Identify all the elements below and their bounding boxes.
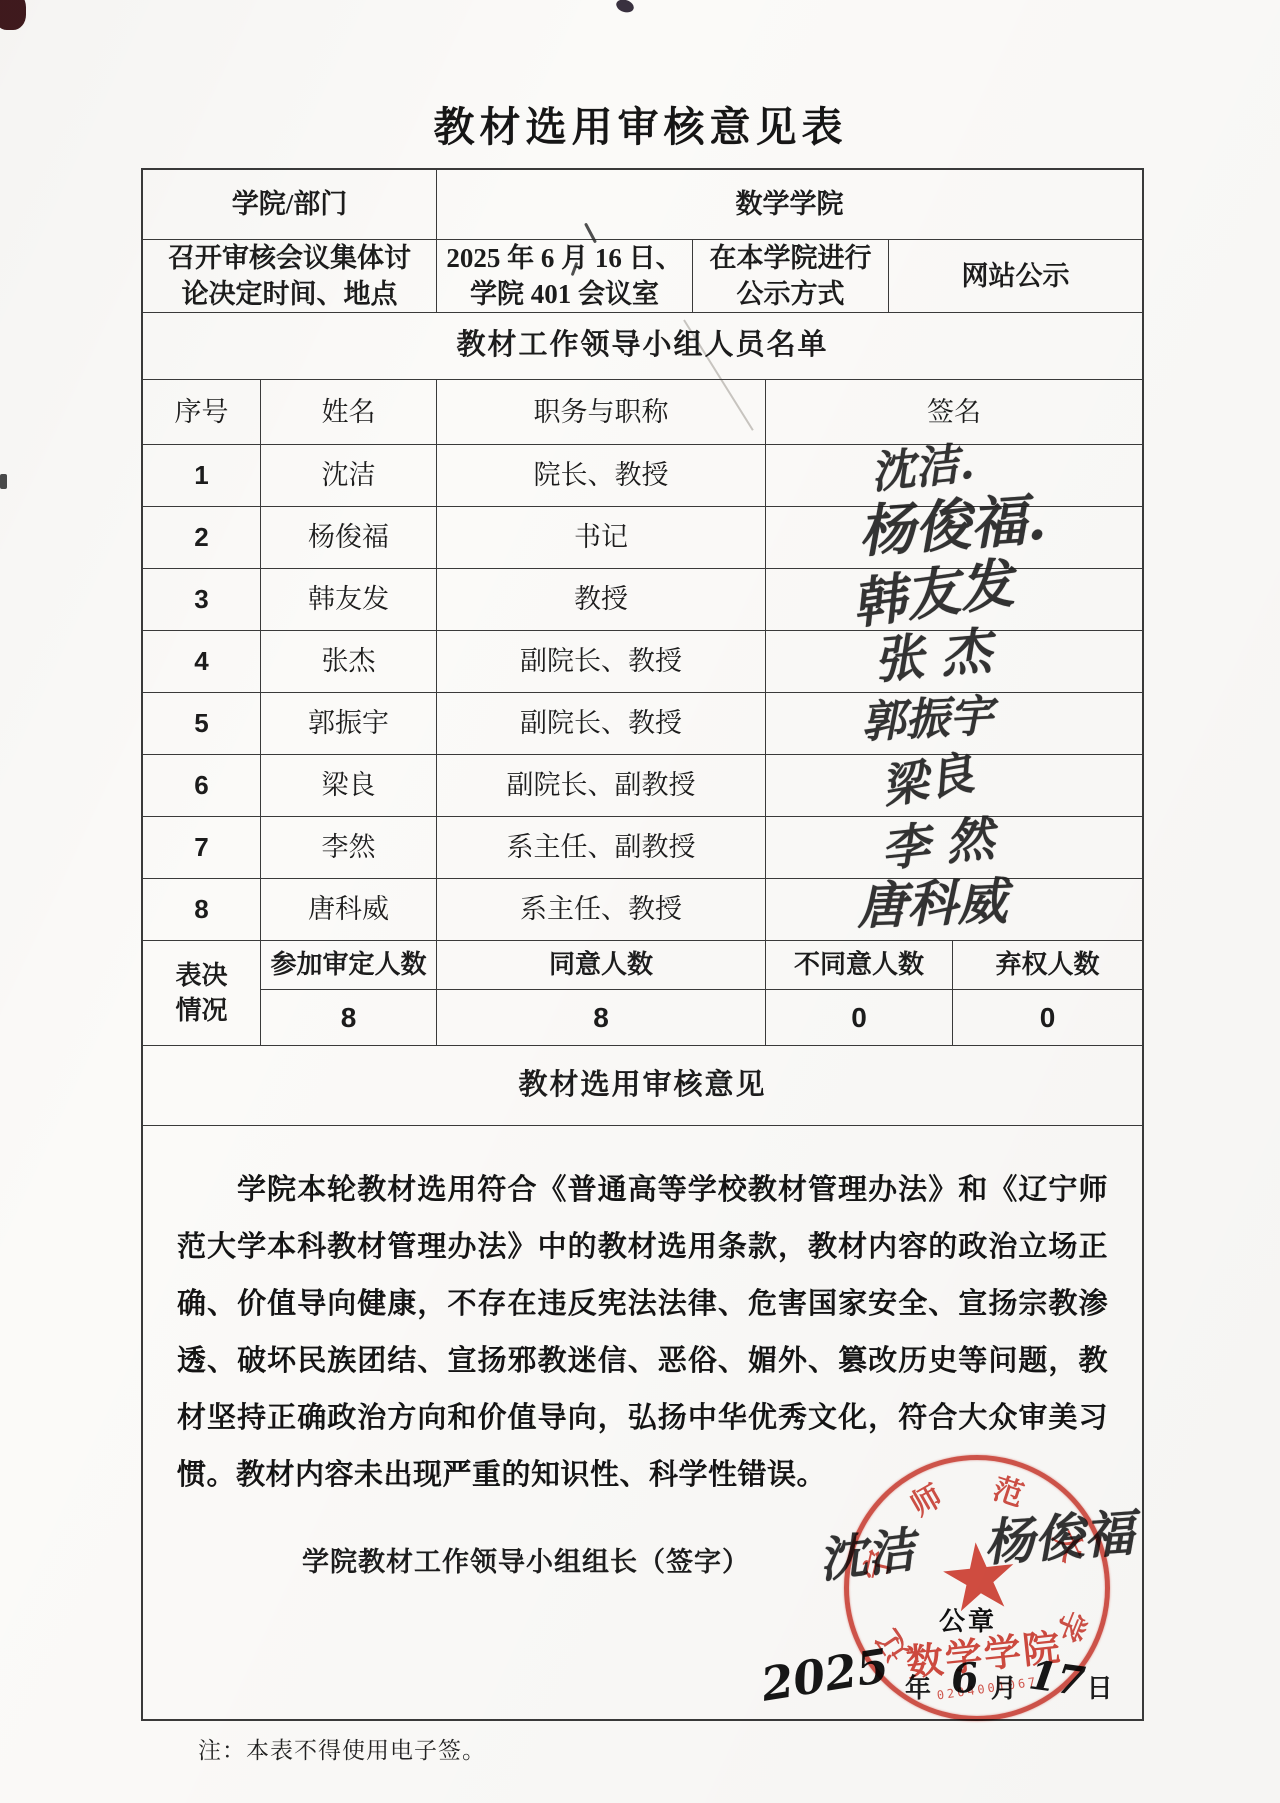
vote-value-abstain: 0 — [952, 989, 1142, 1045]
member-no: 1 — [143, 444, 260, 506]
member-signature-cell — [765, 568, 1142, 630]
publicity-label: 在本学院进行 公示方式 — [692, 239, 888, 312]
member-no: 2 — [143, 506, 260, 568]
member-no: 8 — [143, 878, 260, 940]
footer-note: 注：本表不得使用电子签。 — [198, 1732, 486, 1765]
member-title: 书记 — [436, 506, 765, 568]
scan-artifact — [615, 0, 636, 14]
member-signature-cell — [765, 816, 1142, 878]
member-signature-cell — [765, 506, 1142, 568]
member-signature-cell — [765, 754, 1142, 816]
member-no: 7 — [143, 816, 260, 878]
opinion-section-title: 教材选用审核意见 — [143, 1045, 1142, 1125]
col-header-no: 序号 — [143, 379, 260, 444]
vote-row-label: 表决 情况 — [143, 940, 260, 1045]
meeting-value: 2025 年 6 月 16 日、 学院 401 会议室 — [436, 239, 692, 312]
member-signature-cell — [765, 630, 1142, 692]
member-signature-cell — [765, 444, 1142, 506]
vote-col-abstain: 弃权人数 — [952, 940, 1142, 989]
member-title: 系主任、教授 — [436, 878, 765, 940]
scan-artifact — [0, 0, 26, 30]
department-value: 数学学院 — [436, 170, 1142, 239]
page-title: 教材选用审核意见表 — [141, 94, 1140, 153]
leader-signature: 杨俊福 — [982, 1499, 1136, 1577]
opinion-cell: 学院本轮教材选用符合《普通高等学校教材管理办法》和《辽宁师范大学本科教材管理办法… — [143, 1125, 1142, 1719]
member-signature-cell — [765, 878, 1142, 940]
review-form-table: 学院/部门 数学学院 召开审核会议集体讨 论决定时间、地点 2025 年 6 月… — [141, 168, 1144, 1721]
member-no: 3 — [143, 568, 260, 630]
handwritten-year: 2025 — [757, 1634, 893, 1715]
handwritten-day: 17 — [1025, 1648, 1088, 1709]
department-label: 学院/部门 — [143, 170, 436, 239]
member-name: 李然 — [260, 816, 436, 878]
scan-artifact — [0, 474, 7, 489]
leader-sign-label: 学院教材工作领导小组组长（签字） — [302, 1544, 750, 1580]
col-header-signature: 签名 — [765, 379, 1142, 444]
member-signature-cell — [765, 692, 1142, 754]
vote-value-agree: 8 — [436, 989, 765, 1045]
year-label: 年 — [905, 1671, 931, 1706]
vote-col-disagree: 不同意人数 — [765, 940, 952, 989]
member-no: 4 — [143, 630, 260, 692]
member-title: 副院长、教授 — [436, 630, 765, 692]
col-header-title: 职务与职称 — [436, 379, 765, 444]
publicity-value: 网站公示 — [888, 239, 1142, 312]
scanned-form-page: 教材选用审核意见表 学院/部门 数学学院 召开审核会议集体讨 论决定时间、地点 … — [0, 0, 1280, 1803]
member-title: 教授 — [436, 568, 765, 630]
committee-section-title: 教材工作领导小组人员名单 — [143, 312, 1142, 379]
member-name: 郭振宇 — [260, 692, 436, 754]
handwritten-month: 6 — [948, 1651, 981, 1708]
member-title: 副院长、教授 — [436, 692, 765, 754]
member-name: 沈洁 — [260, 444, 436, 506]
date-line: 2025 年 6 月 17 日 — [761, 1644, 1119, 1706]
member-title: 系主任、副教授 — [436, 816, 765, 878]
leader-signature: 沈洁 — [815, 1518, 918, 1594]
meeting-label: 召开审核会议集体讨 论决定时间、地点 — [143, 239, 436, 312]
seal-place-label: 公章 — [939, 1604, 997, 1639]
vote-value-disagree: 0 — [765, 989, 952, 1045]
vote-col-agree: 同意人数 — [436, 940, 765, 989]
member-name: 杨俊福 — [260, 506, 436, 568]
member-title: 院长、教授 — [436, 444, 765, 506]
member-name: 韩友发 — [260, 568, 436, 630]
month-label: 月 — [991, 1671, 1017, 1706]
member-name: 唐科威 — [260, 878, 436, 940]
member-name: 张杰 — [260, 630, 436, 692]
member-title: 副院长、副教授 — [436, 754, 765, 816]
member-no: 6 — [143, 754, 260, 816]
opinion-text: 学院本轮教材选用符合《普通高等学校教材管理办法》和《辽宁师范大学本科教材管理办法… — [177, 1162, 1108, 1504]
vote-value-participants: 8 — [260, 989, 436, 1045]
vote-col-participants: 参加审定人数 — [260, 940, 436, 989]
day-label: 日 — [1087, 1671, 1113, 1706]
col-header-name: 姓名 — [260, 379, 436, 444]
member-name: 梁良 — [260, 754, 436, 816]
member-no: 5 — [143, 692, 260, 754]
